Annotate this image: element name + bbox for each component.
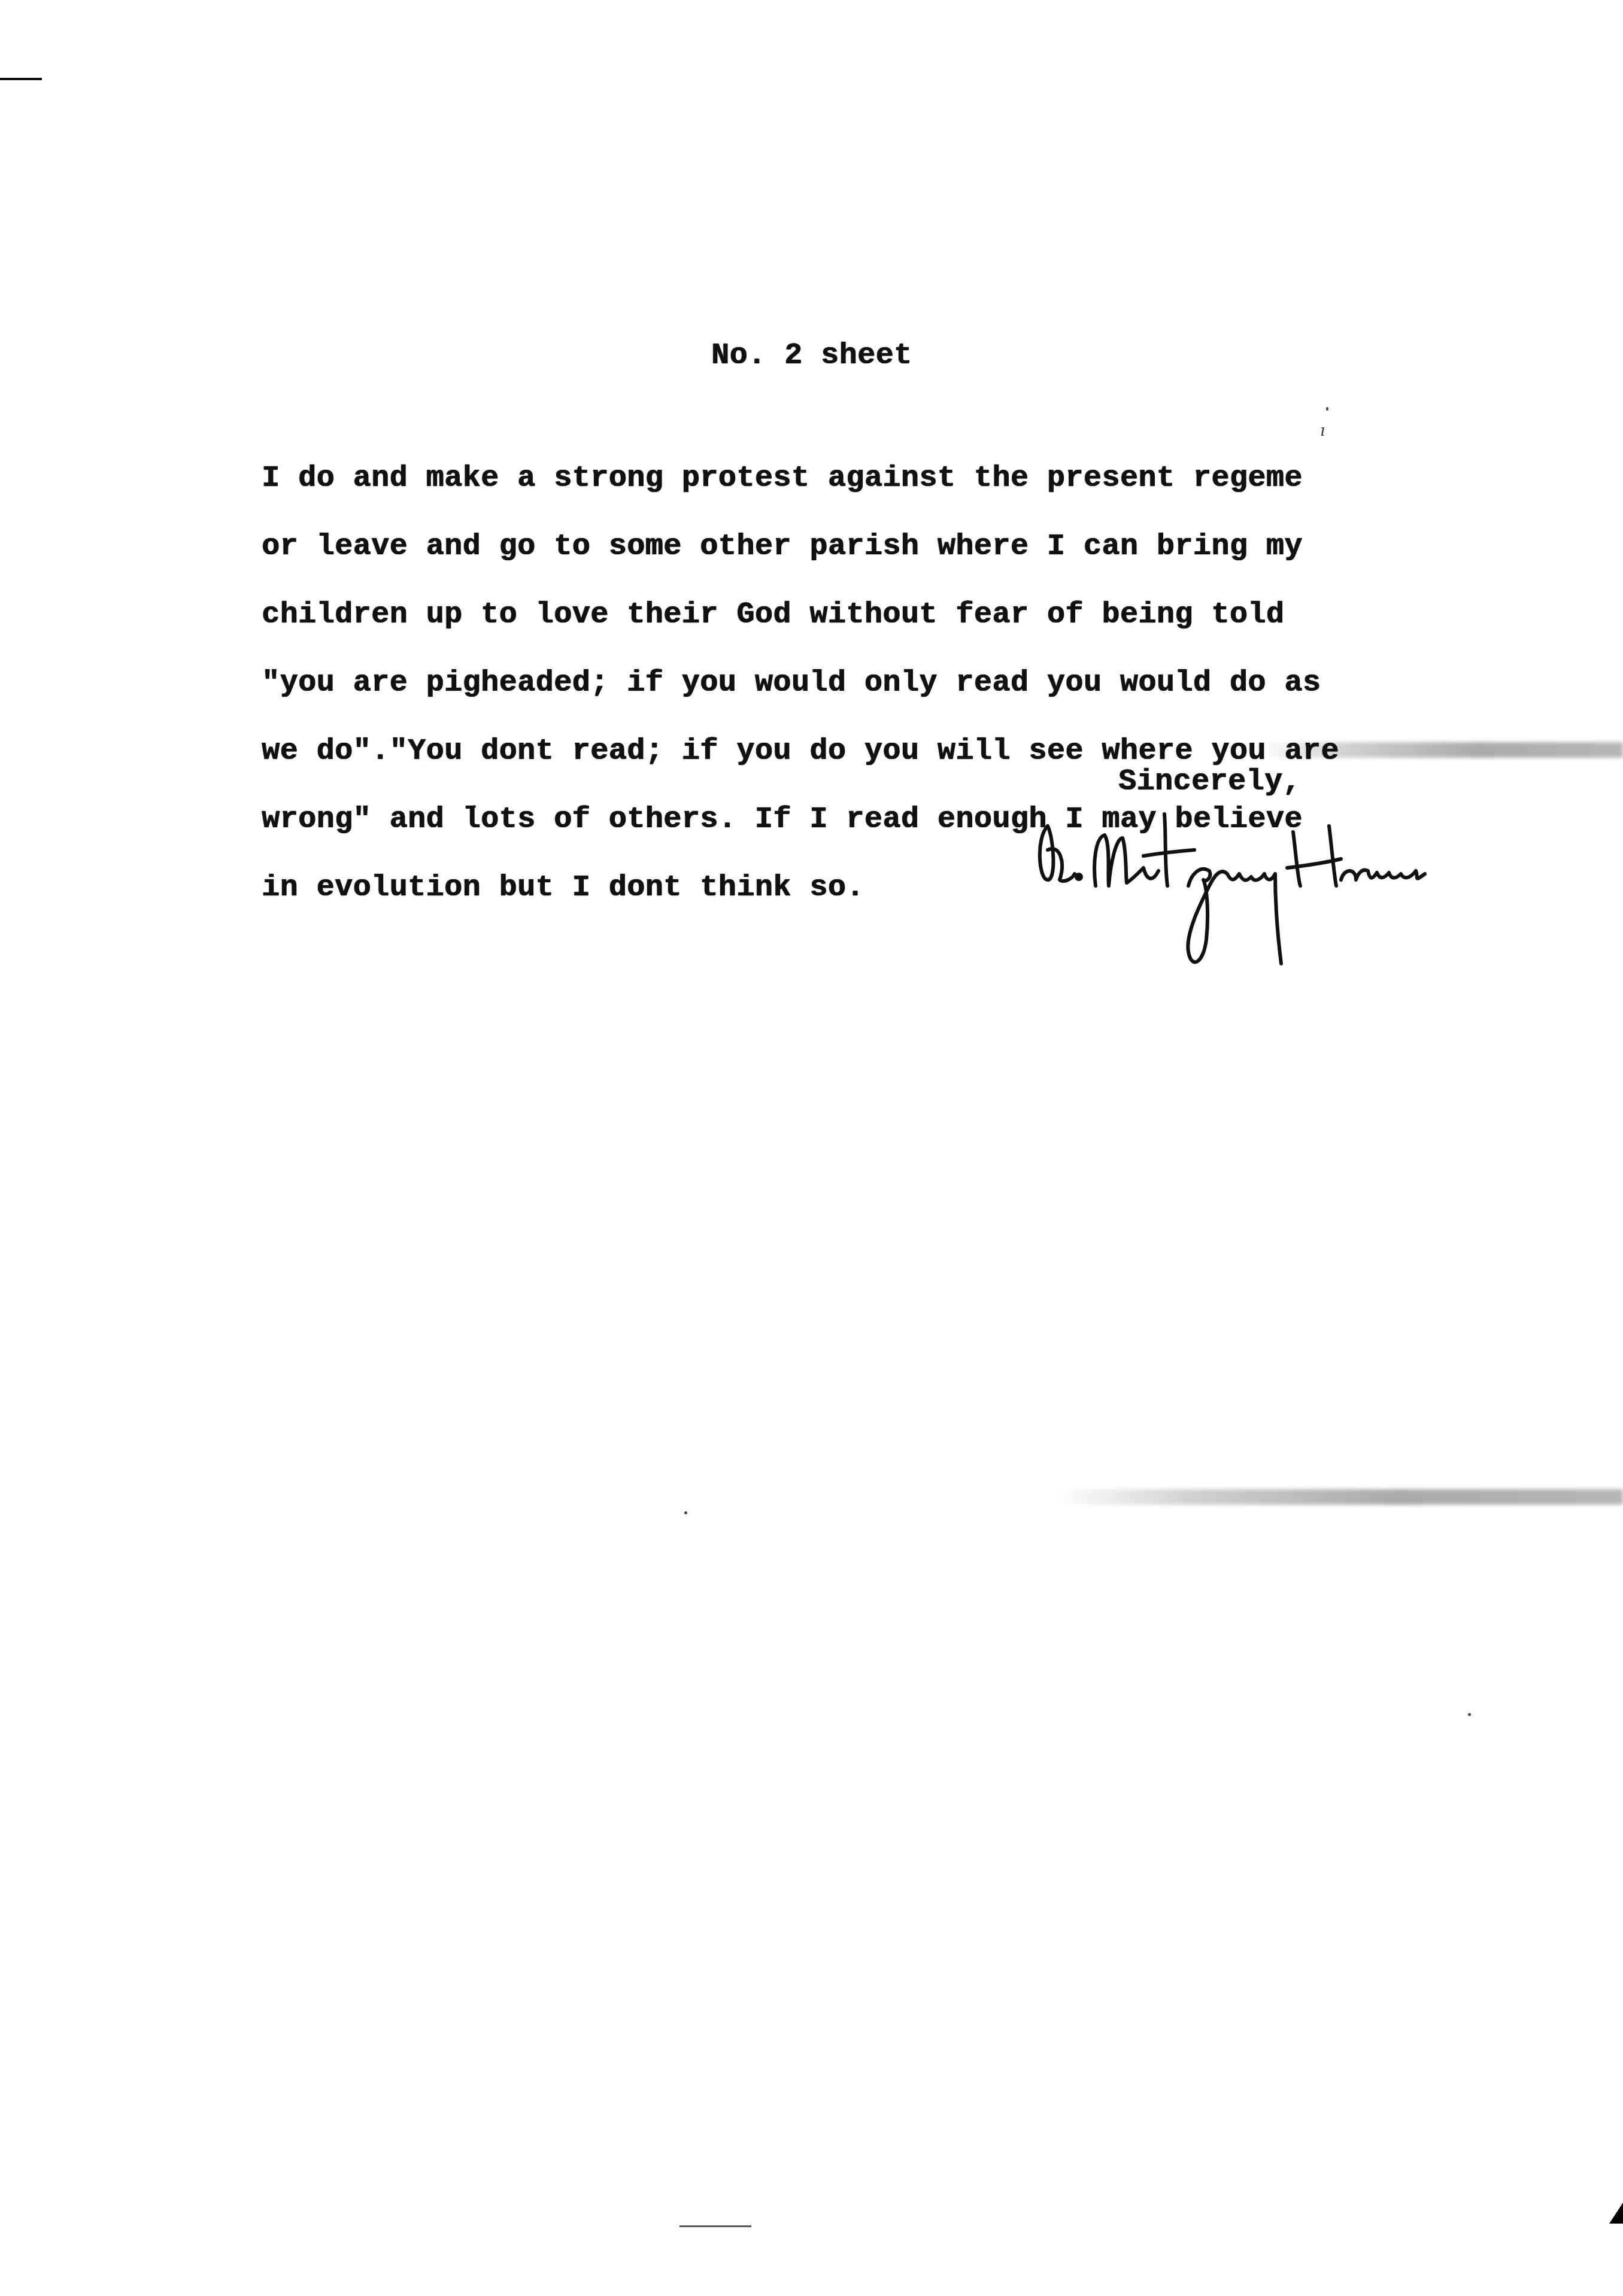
body-line: "you are pigheaded; if you would only re…	[262, 672, 1339, 695]
body-line: or leave and go to some other parish whe…	[262, 536, 1339, 558]
scan-corner-mark	[1609, 2203, 1623, 2224]
speck	[1468, 1713, 1471, 1716]
scan-smudge-lower	[1054, 1489, 1623, 1505]
speck	[1326, 407, 1328, 411]
speck	[684, 1511, 687, 1514]
closing-salutation: Sincerely,	[1118, 765, 1301, 799]
scan-edge-mark-bottom	[679, 2225, 751, 2227]
body-line: we do"."You dont read; if you do you wil…	[262, 740, 1339, 763]
handwritten-signature: R. Montgomery Haines	[1030, 802, 1509, 982]
body-line: I do and make a strong protest against t…	[262, 467, 1339, 490]
sheet-heading: No. 2 sheet	[711, 339, 912, 373]
scan-edge-mark-top-left	[0, 78, 42, 80]
scanned-letter-page: No. 2 sheet ı I do and make a strong pro…	[0, 0, 1623, 2296]
body-line: children up to love their God without fe…	[262, 604, 1339, 627]
